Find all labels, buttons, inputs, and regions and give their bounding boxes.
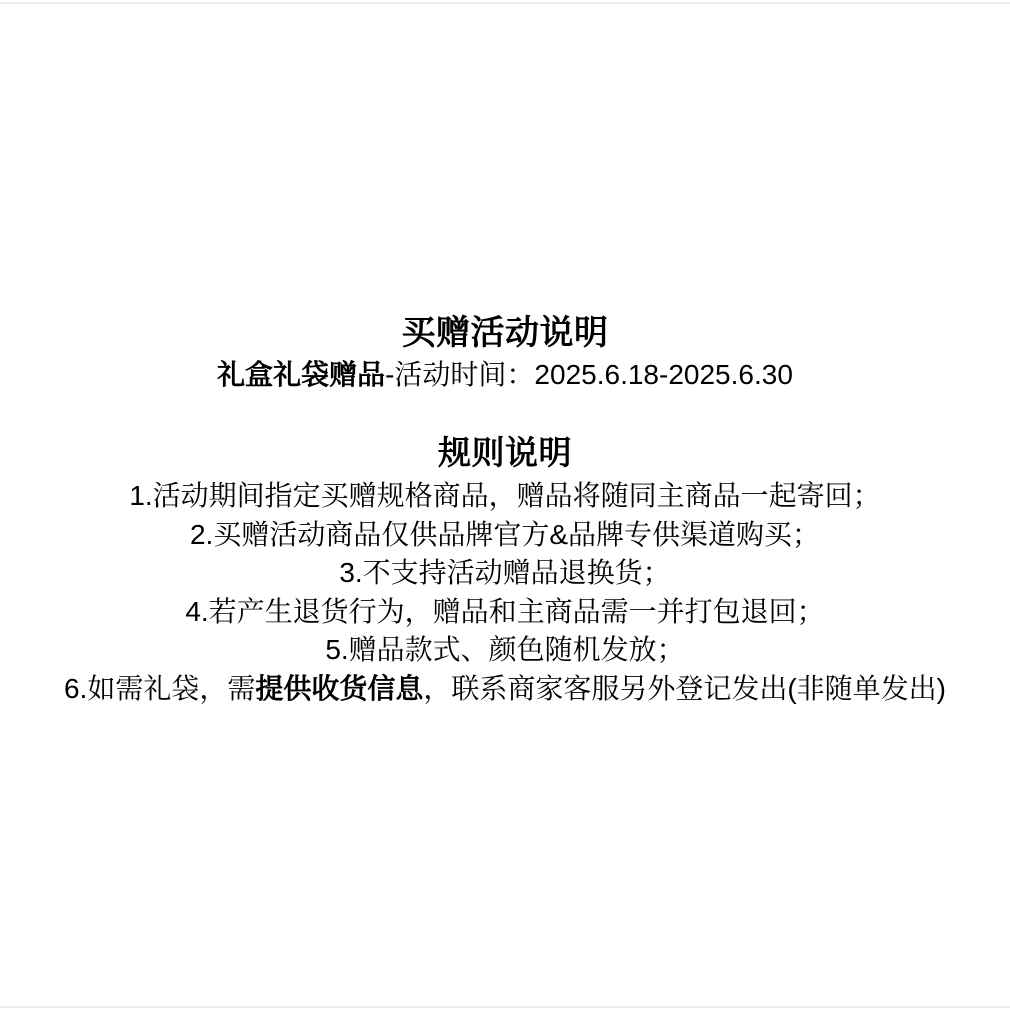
rule-6-bold-shipping-info: 提供收货信息 [255, 673, 423, 704]
promo-period: 礼盒礼袋赠品-活动时间：2025.6.18-2025.6.30 [0, 355, 1010, 395]
rule-item-4: 4.若产生退货行为，赠品和主商品需一并打包退回； [0, 593, 1010, 632]
promo-period-dates: -活动时间：2025.6.18-2025.6.30 [385, 359, 793, 390]
rule-item-3: 3.不支持活动赠品退换货； [0, 554, 1010, 593]
rule-6-pre: 6.如需礼袋，需 [64, 673, 255, 704]
page-title: 买赠活动说明 [0, 311, 1010, 355]
rule-item-2: 2.买赠活动商品仅供品牌官方&品牌专供渠道购买； [0, 516, 1010, 555]
rule-item-5: 5.赠品款式、颜色随机发放； [0, 631, 1010, 670]
promo-period-gift-label: 礼盒礼袋赠品 [217, 359, 385, 390]
bottom-border-line [0, 1006, 1010, 1008]
rule-item-1: 1.活动期间指定买赠规格商品，赠品将随同主商品一起寄回； [0, 477, 1010, 516]
rules-heading: 规则说明 [0, 431, 1010, 475]
promo-notice: 买赠活动说明 礼盒礼袋赠品-活动时间：2025.6.18-2025.6.30 规… [0, 0, 1010, 708]
rule-item-6: 6.如需礼袋，需提供收货信息，联系商家客服另外登记发出(非随单发出) [0, 670, 1010, 709]
rule-6-post: ，联系商家客服另外登记发出(非随单发出) [423, 673, 946, 704]
